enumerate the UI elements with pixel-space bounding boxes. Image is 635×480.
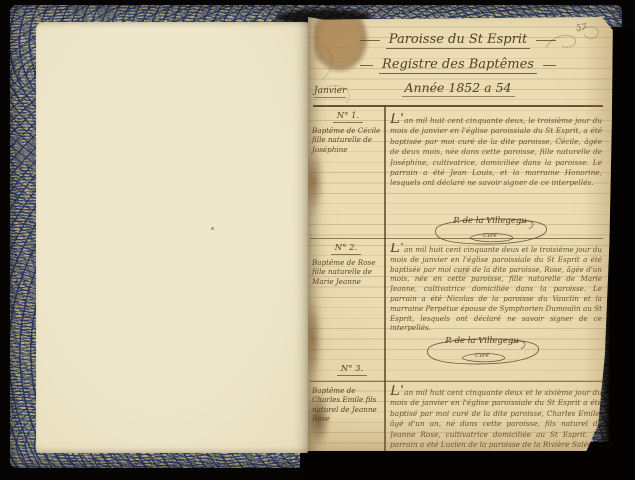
header-rule bbox=[313, 105, 603, 107]
register-title: Registre des Baptêmes bbox=[379, 57, 537, 74]
entry-margin-note: Baptême de Rose fille naturelle de Marie… bbox=[312, 258, 381, 286]
parish-title: Paroisse du St Esprit bbox=[386, 32, 530, 49]
month-label: Janvier bbox=[314, 86, 346, 98]
entry-margin-note: Baptême de Cécile fille naturelle de Jos… bbox=[312, 126, 381, 154]
gutter-stain bbox=[308, 283, 327, 395]
entry-number: N° 3. bbox=[328, 364, 376, 374]
entry-body-text: L'an mil huit cent cinquante deux, le tr… bbox=[390, 113, 602, 215]
signature-name: P. de la Villegegu bbox=[416, 336, 548, 346]
right-manuscript-page: 57 Paroisse du St Esprit Registre des Ba… bbox=[308, 17, 614, 451]
entry-number: N° 2. bbox=[322, 243, 370, 253]
page-number: 57 bbox=[576, 22, 588, 33]
left-blank-page bbox=[36, 22, 308, 453]
entry-number: N° 1. bbox=[324, 111, 372, 121]
header-parish-row: Paroisse du St Esprit bbox=[360, 32, 556, 49]
priest-signature: P. de la Villegegu Curé bbox=[416, 331, 548, 369]
scanned-register-page: 57 Paroisse du St Esprit Registre des Ba… bbox=[0, 0, 635, 480]
entry-margin-note: Baptême de Charles Emile fils naturel de… bbox=[312, 386, 381, 424]
pen-flourish-doodle bbox=[312, 39, 364, 109]
signature-name: P. de la Villegegu bbox=[424, 216, 556, 226]
signature-role: Curé bbox=[424, 233, 556, 239]
entry-separator bbox=[310, 381, 603, 382]
header-year-row: Année 1852 a 54 bbox=[370, 80, 546, 97]
ink-speck bbox=[211, 227, 214, 230]
margin-column-divider bbox=[384, 105, 386, 451]
entry-body-text: L'an mil huit cent cinquante deux et le … bbox=[390, 385, 602, 451]
entry-body-text: L'an mil huit cent cinquante deux et le … bbox=[390, 243, 602, 333]
header-register-row: Registre des Baptêmes bbox=[360, 57, 556, 74]
year-range: Année 1852 a 54 bbox=[402, 80, 515, 97]
signature-role: Curé bbox=[416, 353, 548, 359]
